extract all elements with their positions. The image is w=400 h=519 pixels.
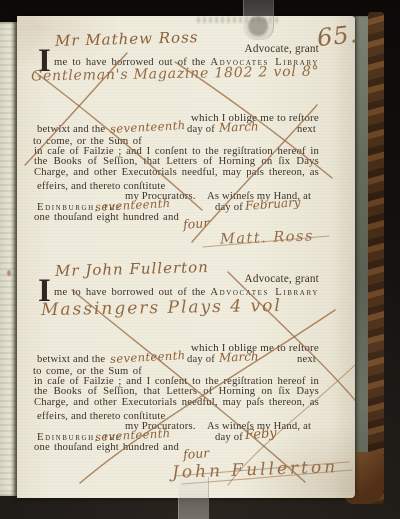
borrow-entry-2: I Mr John Fullerton Advocate, grant me t… [17, 250, 355, 485]
ink-speck [7, 270, 11, 276]
printed-day-of-2: day of [215, 432, 243, 443]
handwritten-borrower-name: Mr Mathew Ross [55, 28, 199, 50]
printed-day-of-1: day of [187, 354, 215, 365]
book-cover-edge [368, 12, 384, 504]
printed-next: next [297, 124, 316, 135]
printed-session-line: the Books of Seſſion, that Letters of Ho… [34, 156, 319, 167]
handwritten-borrower-name: Mr John Fullerton [55, 258, 209, 280]
facing-page-edge [0, 22, 17, 496]
handwritten-return-day: seventeenth [110, 348, 186, 366]
printed-session-line: the Books of Seſſion, that Letters of Ho… [34, 386, 319, 397]
handwritten-return-month: March [219, 349, 259, 364]
printed-advocate-grant: Advocate, grant [245, 44, 319, 55]
book-page-edges [354, 16, 368, 500]
printed-charge-line: Charge, and other Executorials needful, … [34, 167, 319, 178]
printed-advocate-grant: Advocate, grant [245, 274, 319, 285]
handwritten-sign-month: Feby [245, 426, 278, 443]
handwritten-sign-month: February [245, 195, 301, 213]
book-strap-top [243, 0, 274, 40]
handwritten-year: four [183, 215, 210, 232]
book-strap-bottom [178, 477, 209, 519]
printed-betwixt: betwixt and the [37, 124, 105, 135]
handwritten-signature: Matt. Ross [220, 228, 314, 247]
printed-year-line: one thouſand eight hundred and [34, 212, 179, 223]
book-scan: 65. I Mr Mathew Ross Advocate, grant me … [0, 0, 400, 519]
handwritten-year: four [183, 445, 210, 462]
handwritten-return-day: seventeenth [110, 118, 186, 136]
printed-borrowed-pre: me to have borrowed out of the [54, 287, 205, 298]
borrow-entry-1: I Mr Mathew Ross Advocate, grant me to h… [17, 20, 355, 255]
printed-betwixt: betwixt and the [37, 354, 105, 365]
printed-year-line: one thouſand eight hundred and [34, 442, 179, 453]
handwritten-book-title: Massingers Plays 4 vol [41, 296, 282, 320]
printed-day-of-2: day of [215, 202, 243, 213]
printed-charge-line: Charge, and other Executorials needful, … [34, 397, 319, 408]
printed-day-of-1: day of [187, 124, 215, 135]
handwritten-return-month: March [219, 119, 259, 134]
printed-next: next [297, 354, 316, 365]
ledger-page: 65. I Mr Mathew Ross Advocate, grant me … [17, 16, 355, 498]
